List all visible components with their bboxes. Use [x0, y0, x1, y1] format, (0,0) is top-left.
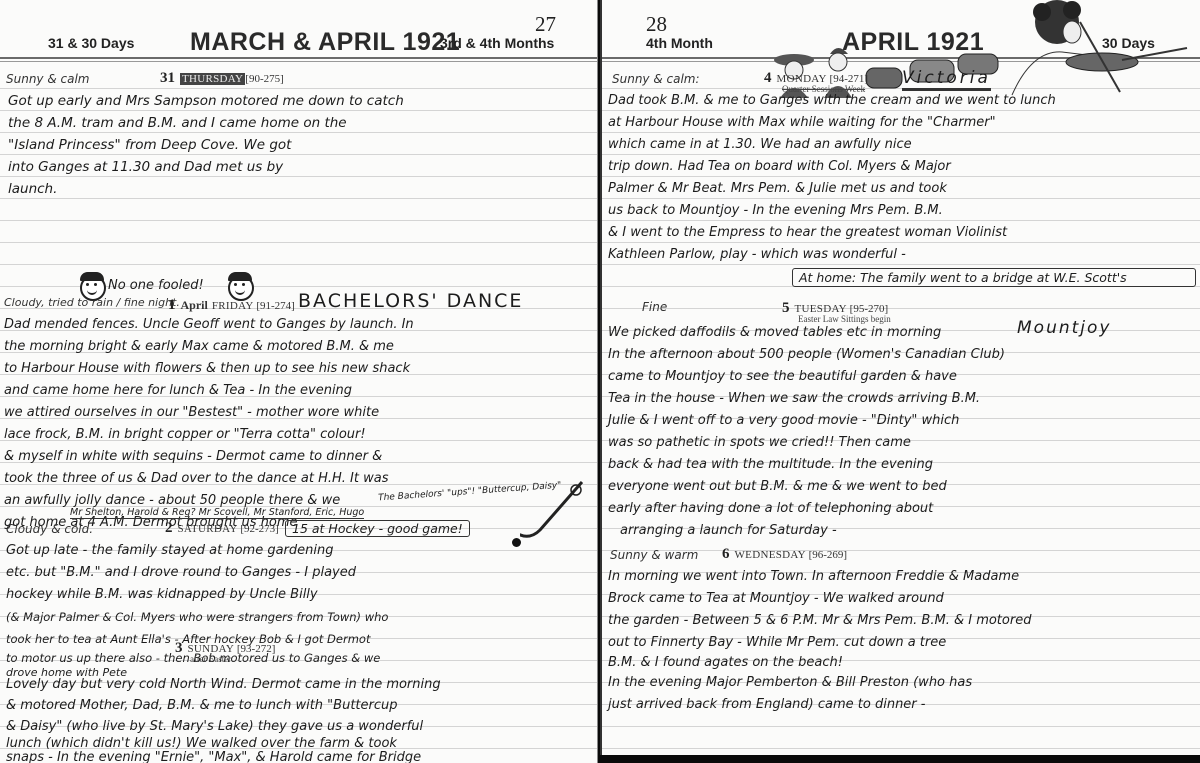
weather-note: Sunny & calm: [6, 72, 90, 86]
header-months: 3rd & 4th Months: [440, 35, 554, 51]
entry-line: B.M. & I found agates on the beach!: [608, 654, 1031, 672]
weather-note: Sunny & calm:: [612, 72, 700, 86]
entry-line: Got up late - the family stayed at home …: [6, 540, 388, 562]
entry-line: In the evening Major Pemberton & Bill Pr…: [608, 672, 1031, 694]
boxed-note: At home: The family went to a bridge at …: [792, 268, 1196, 287]
day-name: WEDNESDAY: [735, 549, 806, 561]
entry-line: In the afternoon about 500 people (Women…: [608, 344, 1005, 366]
annotation-note: No one fooled!: [108, 278, 204, 293]
diary-entry-text: We picked daffodils & moved tables etc i…: [608, 322, 1005, 542]
entry-line: we attired ourselves in our "Bestest" - …: [4, 402, 414, 424]
day-subnote: after Easter: [190, 654, 231, 664]
annotation-note: 15 at Hockey - good game!: [285, 520, 470, 537]
entry-line: early after having done a lot of telepho…: [608, 498, 1005, 520]
diary-entry-text: Lovely day but very cold North Wind. Der…: [6, 674, 441, 763]
date-heading: 31THURSDAY[90-275]: [160, 70, 284, 87]
entry-heading: Mountjoy: [1017, 318, 1111, 338]
entry-line: Dad mended fences. Uncle Geoff went to G…: [4, 314, 414, 336]
weather-note: Sunny & warm: [610, 548, 698, 562]
entry-line: Palmer & Mr Beat. Mrs Pem. & Julie met u…: [608, 178, 1056, 200]
page-number: 28: [646, 12, 667, 37]
weather-note: Cloudy & cold.: [6, 522, 93, 536]
entry-line: was so pathetic in spots we cried!! Then…: [608, 432, 1005, 454]
entry-line: just arrived back from England) came to …: [608, 694, 1031, 716]
day-name: FRIDAY: [212, 300, 254, 312]
entry-line: into Ganges at 11.30 and Dad met us by: [8, 156, 404, 178]
entry-line: which came in at 1.30. We had an awfully…: [608, 134, 1056, 156]
header-days: 31 & 30 Days: [48, 35, 134, 51]
date-heading: 2SATURDAY [92-273]: [165, 520, 279, 537]
entry-line: us back to Mountjoy - In the evening Mrs…: [608, 200, 1056, 222]
entry-line: at Harbour House with Max while waiting …: [608, 112, 1056, 134]
day-number: 31: [160, 70, 175, 86]
entry-line: Julie & I went off to a very good movie …: [608, 410, 1005, 432]
day-count: [92-273]: [240, 523, 279, 535]
entry-line: snaps - In the evening "Ernie", "Max", &…: [6, 751, 441, 763]
entry-line: We picked daffodils & moved tables etc i…: [608, 322, 1005, 344]
violinist-sketch: [1002, 0, 1200, 100]
entry-line: & myself in white with sequins - Dermot …: [4, 446, 414, 468]
entry-line: Got up early and Mrs Sampson motored me …: [8, 90, 404, 112]
names-list: Mr Shelton, Harold & Reg? Mr Scovell, Mr…: [70, 507, 364, 519]
day-count: [96-269]: [809, 549, 848, 561]
date-heading: 1AprilFRIDAY [91-274]: [168, 297, 295, 314]
header-title: MARCH & APRIL 1921: [190, 28, 460, 57]
entry-line: & I went to the Empress to hear the grea…: [608, 222, 1056, 244]
date-heading: 6WEDNESDAY [96-269]: [722, 546, 847, 563]
diary-entry-text: Got up early and Mrs Sampson motored me …: [8, 90, 404, 200]
entry-line: the 8 A.M. tram and B.M. and I came home…: [8, 112, 404, 134]
entry-line: Brock came to Tea at Mountjoy - We walke…: [608, 588, 1031, 610]
entry-line: the garden - Between 5 & 6 P.M. Mr & Mrs…: [608, 610, 1031, 632]
diary-entry-text: In morning we went into Town. In afterno…: [608, 566, 1031, 716]
entry-line: "Island Princess" from Deep Cove. We got: [8, 134, 404, 156]
entry-line: lace frock, B.M. in bright copper or "Te…: [4, 424, 414, 446]
entry-line: back & had tea with the multitude. In th…: [608, 454, 1005, 476]
entry-line: came to Mountjoy to see the beautiful ga…: [608, 366, 1005, 388]
entry-line: & Daisy" (who live by St. Mary's Lake) t…: [6, 716, 441, 737]
header-divider: [0, 61, 597, 62]
entry-line: Tea in the house - When we saw the crowd…: [608, 388, 1005, 410]
hockey-stick-sketch: [520, 478, 590, 548]
day-count: [93-272]: [237, 643, 276, 655]
entry-heading: Victoria: [902, 68, 991, 91]
day-number: 2: [165, 520, 173, 536]
weather-note: Cloudy, tried to rain / fine night.: [4, 296, 180, 309]
day-name: SATURDAY: [178, 523, 238, 535]
day-number: 3: [175, 640, 183, 656]
entry-line: lunch (which didn't kill us!) We walked …: [6, 737, 441, 751]
left-page-header: 27 31 & 30 Days MARCH & APRIL 1921 3rd &…: [0, 0, 597, 62]
entry-line: & motored Mother, Dad, B.M. & me to lunc…: [6, 695, 441, 716]
entry-line: took the three of us & Dad over to the d…: [4, 468, 414, 490]
entry-line: and came home here for lunch & Tea - In …: [4, 380, 414, 402]
entry-line: everyone went out but B.M. & me & we wen…: [608, 476, 1005, 498]
day-number: 4: [764, 70, 772, 86]
day-number: 5: [782, 300, 790, 316]
diary-entry-text: Dad mended fences. Uncle Geoff went to G…: [4, 314, 414, 534]
diary-entry-text: Dad took B.M. & me to Ganges with the cr…: [608, 90, 1056, 266]
hockey-ball-icon: [512, 538, 521, 547]
entry-heading: BACHELORS' DANCE: [298, 290, 523, 312]
entry-line: launch.: [8, 178, 404, 200]
day-name: THURSDAY: [180, 73, 245, 85]
entry-line: arranging a launch for Saturday -: [608, 520, 1005, 542]
entry-line: to Harbour House with flowers & then up …: [4, 358, 414, 380]
entry-line: the morning bright & early Max came & mo…: [4, 336, 414, 358]
day-number: 6: [722, 546, 730, 562]
day-count: [91-274]: [256, 300, 295, 312]
entry-line: In morning we went into Town. In afterno…: [608, 566, 1031, 588]
month-name: April: [181, 298, 208, 312]
right-diary-page: 28 4th Month APRIL 1921 30 Days Sunny & …: [600, 0, 1200, 755]
entry-line: Kathleen Parlow, play - which was wonder…: [608, 244, 1056, 266]
entry-line: Dad took B.M. & me to Ganges with the cr…: [608, 90, 1056, 112]
header-divider: [0, 57, 597, 59]
left-diary-page: 27 31 & 30 Days MARCH & APRIL 1921 3rd &…: [0, 0, 598, 763]
header-month: 4th Month: [646, 35, 713, 51]
page-number: 27: [535, 12, 556, 37]
entry-line: trip down. Had Tea on board with Col. My…: [608, 156, 1056, 178]
weather-note: Fine: [642, 300, 667, 314]
entry-line: Lovely day but very cold North Wind. Der…: [6, 674, 441, 695]
entry-line: etc. but "B.M." and I drove round to Gan…: [6, 562, 388, 584]
day-count: [90-275]: [245, 73, 284, 85]
entry-line: hockey while B.M. was kidnapped by Uncle…: [6, 584, 388, 606]
entry-line: out to Finnerty Bay - While Mr Pem. cut …: [608, 632, 1031, 654]
day-number: 1: [168, 297, 176, 313]
entry-line: (& Major Palmer & Col. Myers who were st…: [6, 606, 388, 628]
